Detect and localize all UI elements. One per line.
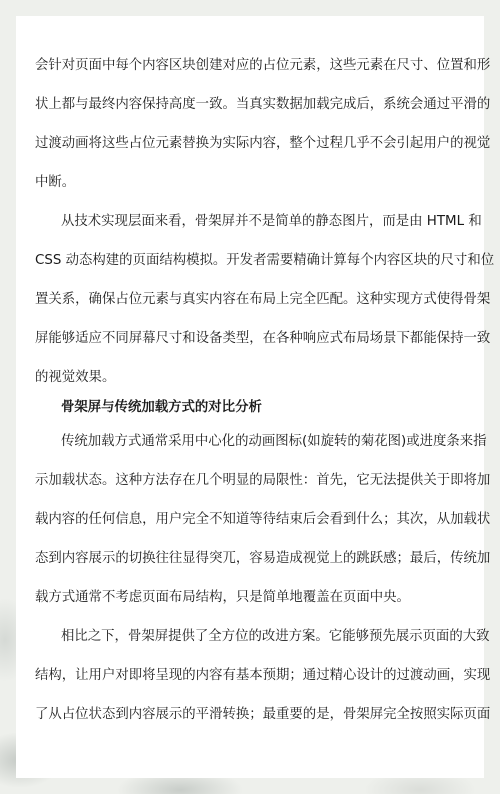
text-line: 结构，让用户对即将呈现的内容有基本预期；通过精心设计的过渡动画，实现 [35,656,475,695]
text-line: 示加载状态。这种方法存在几个明显的局限性：首先，它无法提供关于即将加 [35,461,475,500]
text-line: 中断。 [35,163,475,202]
text-line: 置关系，确保占位元素与真实内容在布局上完全匹配。这种实现方式使得骨架 [35,280,475,319]
text-line: 载内容的任何信息，用户完全不知道等待结束后会看到什么；其次，从加载状 [35,500,475,539]
text-line: 传统加载方式通常采用中心化的动画图标(如旋转的菊花图)或进度条来指 [35,422,475,461]
text-line: 从技术实现层面来看，骨架屏并不是简单的静态图片，而是由 HTML 和 [35,202,475,241]
text-line: 态到内容展示的切换往往显得突兀，容易造成视觉上的跳跃感；最后，传统加 [35,539,475,578]
text-line: 载方式通常不考虑页面布局结构，只是简单地覆盖在页面中央。 [35,578,475,617]
text-line: 了从占位状态到内容展示的平滑转换；最重要的是，骨架屏完全按照实际页面 [35,695,475,734]
text-line: CSS 动态构建的页面结构模拟。开发者需要精确计算每个内容区块的尺寸和位 [35,241,475,280]
text-line: 屏能够适应不同屏幕尺寸和设备类型，在各种响应式布局场景下都能保持一致 [35,319,475,358]
section-heading: 骨架屏与传统加载方式的对比分析 [35,393,475,422]
document-page: 会针对页面中每个内容区块创建对应的占位元素，这些元素在尺寸、位置和形 状上都与最… [16,16,484,778]
paragraph-4: 相比之下，骨架屏提供了全方位的改进方案。它能够预先展示页面的大致 结构，让用户对… [35,617,475,734]
paragraph-1: 会针对页面中每个内容区块创建对应的占位元素，这些元素在尺寸、位置和形 状上都与最… [35,46,475,202]
text-line: 的视觉效果。 [35,358,475,397]
paragraph-3: 传统加载方式通常采用中心化的动画图标(如旋转的菊花图)或进度条来指 示加载状态。… [35,422,475,617]
text-line: 过渡动画将这些占位元素替换为实际内容，整个过程几乎不会引起用户的视觉 [35,124,475,163]
paragraph-2: 从技术实现层面来看，骨架屏并不是简单的静态图片，而是由 HTML 和 CSS 动… [35,202,475,397]
text-line: 相比之下，骨架屏提供了全方位的改进方案。它能够预先展示页面的大致 [35,617,475,656]
text-line: 会针对页面中每个内容区块创建对应的占位元素，这些元素在尺寸、位置和形 [35,46,475,85]
document-body: 会针对页面中每个内容区块创建对应的占位元素，这些元素在尺寸、位置和形 状上都与最… [35,46,475,734]
text-line: 状上都与最终内容保持高度一致。当真实数据加载完成后，系统会通过平滑的 [35,85,475,124]
